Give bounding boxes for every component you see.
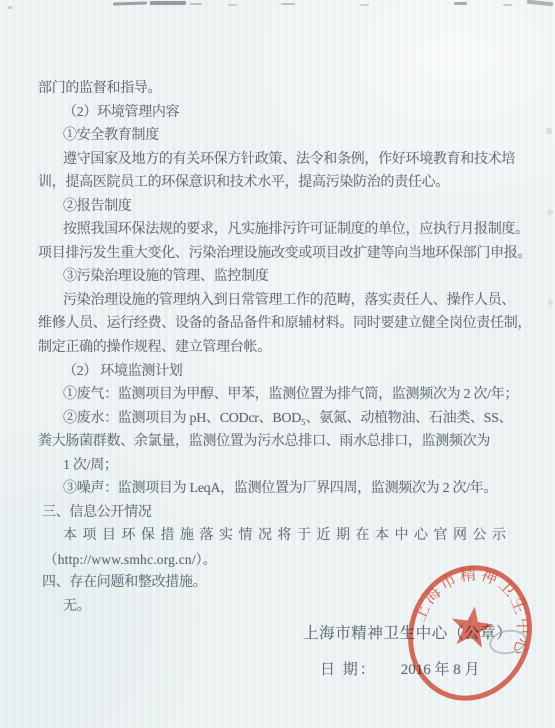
doc-line: （2） 环境监测计划 bbox=[63, 360, 523, 384]
doc-line: ③污染治理设施的管理、监控制度 bbox=[63, 265, 523, 289]
scan-artifact bbox=[360, 4, 369, 6]
official-seal: 上海市精神卫生中心 bbox=[405, 562, 535, 704]
doc-line: 制定正确的操作规程、建立管理台帐。 bbox=[38, 336, 523, 360]
scan-artifact bbox=[228, 4, 237, 6]
scan-artifact bbox=[547, 210, 553, 215]
scan-artifact bbox=[548, 300, 553, 305]
svg-text:上海市精神卫生中心: 上海市精神卫生中心 bbox=[409, 562, 535, 660]
scan-artifact bbox=[454, 2, 467, 5]
document-body: 部门的监督和指导。 （2）环境管理内容 ①安全教育制度 遵守国家及地方的有关环保… bbox=[38, 77, 523, 619]
star-icon bbox=[449, 604, 496, 649]
doc-line: ②废水：监测项目为 pH、CODcr、BOD₅、氨氮、动植物油、石油类、SS、 bbox=[63, 407, 523, 431]
doc-line: ①废气：监测项目为甲醇、甲苯，监测位置为排气筒，监测频次为 2 次/年； bbox=[63, 383, 523, 407]
doc-line: 按照我国环保法规的要求，凡实施排污许可证制度的单位，应执行月报制度。 bbox=[63, 218, 523, 242]
doc-line: 污染治理设施的管理纳入到日常管理工作的范畴，落实责任人、操作人员、 bbox=[63, 289, 523, 313]
doc-line: 1 次/周； bbox=[63, 454, 523, 478]
scan-artifact bbox=[281, 3, 295, 5]
doc-line: ③噪声：监测项目为 LeqA，监测位置为厂界四周，监测频次为 2 次/年。 bbox=[63, 477, 523, 501]
scan-artifact bbox=[8, 6, 12, 9]
scan-artifact bbox=[527, 0, 553, 6]
doc-line: 训，提高医院员工的环保意识和技术水平，提高污染防治的责任心。 bbox=[38, 171, 523, 195]
scan-artifact bbox=[190, 3, 202, 5]
scan-artifact bbox=[150, 1, 186, 5]
doc-section-heading: 三、信息公开情况 bbox=[42, 501, 523, 525]
doc-line: （2）环境管理内容 bbox=[63, 101, 523, 125]
scanned-document-page: 部门的监督和指导。 （2）环境管理内容 ①安全教育制度 遵守国家及地方的有关环保… bbox=[0, 0, 555, 728]
doc-line: 遵守国家及地方的有关环保方针政策、法令和条例，作好环境教育和技术培 bbox=[63, 148, 523, 172]
doc-line: 部门的监督和指导。 bbox=[38, 77, 523, 101]
doc-line: 维修人员、运行经费、设备的备品备件和原辅材料。同时要建立健全岗位责任制， bbox=[38, 312, 523, 336]
scan-artifact bbox=[113, 1, 147, 5]
doc-line: 本项目环保措施落实情况将于近期在本中心官网公示 bbox=[63, 524, 523, 548]
date-label: 日 期： bbox=[320, 662, 377, 678]
doc-line: ①安全教育制度 bbox=[63, 124, 523, 148]
scan-artifact bbox=[503, 4, 512, 6]
doc-line: 粪大肠菌群数、余氯量，监测位置为污水总排口、雨水总排口，监测频次为 bbox=[38, 430, 523, 454]
doc-line: 项目排污发生重大变化、污染治理设施改变或项目改扩建等向当地环保部门申报。 bbox=[38, 242, 523, 266]
doc-line: ②报告制度 bbox=[63, 195, 523, 219]
scan-artifact bbox=[546, 128, 552, 134]
seal-text: 上海市精神卫生中心 bbox=[409, 562, 535, 660]
